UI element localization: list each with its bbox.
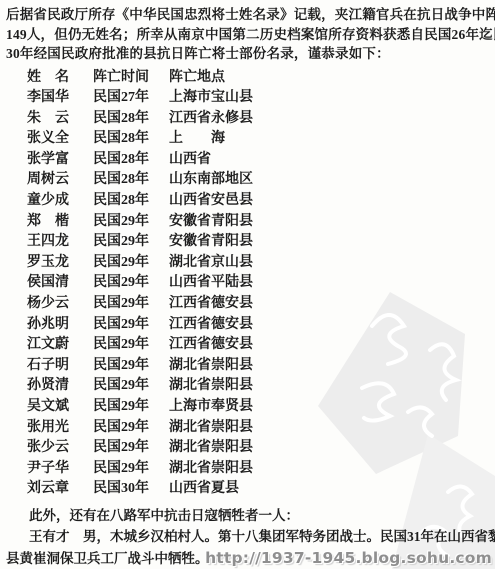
table-row: 童少成 民国28年 山西省安邑县 [27,191,495,212]
row-name: 尹子华 [27,459,93,480]
row-name: 吴文斌 [27,397,93,418]
row-time: 民国29年 [93,315,169,336]
row-name: 罗玉龙 [27,253,93,274]
row-time: 民国29年 [93,232,169,253]
header-time: 阵亡时间 [93,68,169,89]
row-time: 民国29年 [93,294,169,315]
row-place: 湖北省崇阳县 [169,438,495,459]
table-row: 张义全 民国28年 上 海 [27,129,495,150]
row-name: 石子明 [27,356,93,377]
row-place: 山西省夏县 [169,479,495,500]
row-place: 江西省永修县 [169,109,495,130]
row-place: 湖北省崇阳县 [169,418,495,439]
row-place: 江西省德安县 [169,315,495,336]
row-time: 民国28年 [93,191,169,212]
intro-line-1: 后据省民政厅所存《中华民国忠烈将士姓名录》记载，夹江籍官兵在抗日战争中阵亡 [6,5,491,25]
table-row: 江文蔚 民国29年 江西省德安县 [27,335,495,356]
table-row: 王四龙 民国29年 安徽省青阳县 [27,232,495,253]
row-name: 刘云章 [27,479,93,500]
casualty-table: 姓 名 阵亡时间 阵亡地点 李国华 民国27年 上海市宝山县 朱 云 民国28年… [27,68,495,500]
row-time: 民国29年 [93,356,169,377]
row-name: 张义全 [27,129,93,150]
row-time: 民国27年 [93,88,169,109]
table-row: 侯国清 民国29年 山西省平陆县 [27,273,495,294]
row-name: 童少成 [27,191,93,212]
table-row: 孙贤清 民国29年 湖北省崇阳县 [27,376,495,397]
row-time: 民国28年 [93,150,169,171]
row-name: 张少云 [27,438,93,459]
row-place: 山西省 [169,150,495,171]
row-place: 上 海 [169,129,495,150]
addendum-line-2: 王有才 男，木城乡汉柏村人。第十八集团军特务团战士。民国31年在山西省黎城 [6,526,491,548]
table-row: 张学富 民国28年 山西省 [27,150,495,171]
table-row: 李国华 民国27年 上海市宝山县 [27,88,495,109]
row-place: 湖北省崇阳县 [169,356,495,377]
row-name: 孙贤清 [27,376,93,397]
row-place: 安徽省青阳县 [169,232,495,253]
row-place: 山西省安邑县 [169,191,495,212]
row-name: 朱 云 [27,109,93,130]
table-header-row: 姓 名 阵亡时间 阵亡地点 [27,68,495,89]
table-row: 周树云 民国28年 山东南部地区 [27,170,495,191]
row-name: 张学富 [27,150,93,171]
table-row: 张用光 民国29年 湖北省崇阳县 [27,418,495,439]
row-name: 孙兆明 [27,315,93,336]
row-place: 湖北省崇阳县 [169,376,495,397]
row-name: 郑 楷 [27,212,93,233]
document-page: 后据省民政厅所存《中华民国忠烈将士姓名录》记载，夹江籍官兵在抗日战争中阵亡 14… [0,0,495,569]
row-time: 民国29年 [93,273,169,294]
row-place: 上海市奉贤县 [169,397,495,418]
row-time: 民国29年 [93,438,169,459]
row-place: 山东南部地区 [169,170,495,191]
table-row: 吴文斌 民国29年 上海市奉贤县 [27,397,495,418]
row-name: 江文蔚 [27,335,93,356]
row-time: 民国29年 [93,397,169,418]
row-time: 民国29年 [93,212,169,233]
header-name: 姓 名 [27,68,93,89]
row-name: 王四龙 [27,232,93,253]
table-row: 孙兆明 民国29年 江西省德安县 [27,315,495,336]
row-time: 民国29年 [93,253,169,274]
table-row: 罗玉龙 民国29年 湖北省京山县 [27,253,495,274]
row-time: 民国30年 [93,479,169,500]
table-row: 刘云章 民国30年 山西省夏县 [27,479,495,500]
row-place: 江西省德安县 [169,335,495,356]
row-time: 民国29年 [93,335,169,356]
row-name: 杨少云 [27,294,93,315]
table-row: 朱 云 民国28年 江西省永修县 [27,109,495,130]
row-name: 侯国清 [27,273,93,294]
table-row: 杨少云 民国29年 江西省德安县 [27,294,495,315]
row-place: 山西省平陆县 [169,273,495,294]
row-place: 安徽省青阳县 [169,212,495,233]
row-name: 张用光 [27,418,93,439]
row-time: 民国29年 [93,376,169,397]
row-place: 江西省德安县 [169,294,495,315]
row-place: 湖北省崇阳县 [169,459,495,480]
intro-line-2: 149人，但仍无姓名；所幸从南京中国第二历史档案馆所存资料获悉自民国26年迄民国 [6,25,491,45]
table-row: 石子明 民国29年 湖北省崇阳县 [27,356,495,377]
url-watermark: http://1937-1945.blog.sohu.com [205,549,492,567]
intro-paragraph: 后据省民政厅所存《中华民国忠烈将士姓名录》记载，夹江籍官兵在抗日战争中阵亡 14… [0,0,495,64]
row-time: 民国28年 [93,129,169,150]
header-place: 阵亡地点 [169,68,495,89]
row-time: 民国28年 [93,109,169,130]
intro-line-3: 30年经国民政府批准的县抗日阵亡将士部份名录，谨恭录如下： [6,44,491,64]
table-row: 郑 楷 民国29年 安徽省青阳县 [27,212,495,233]
addendum-line-1: 此外，还有在八路军中抗击日寇牺牲者一人： [6,505,491,527]
row-time: 民国29年 [93,459,169,480]
table-row: 尹子华 民国29年 湖北省崇阳县 [27,459,495,480]
row-place: 湖北省京山县 [169,253,495,274]
row-time: 民国29年 [93,418,169,439]
row-name: 李国华 [27,88,93,109]
row-name: 周树云 [27,170,93,191]
table-row: 张少云 民国29年 湖北省崇阳县 [27,438,495,459]
row-place: 上海市宝山县 [169,88,495,109]
row-time: 民国28年 [93,170,169,191]
